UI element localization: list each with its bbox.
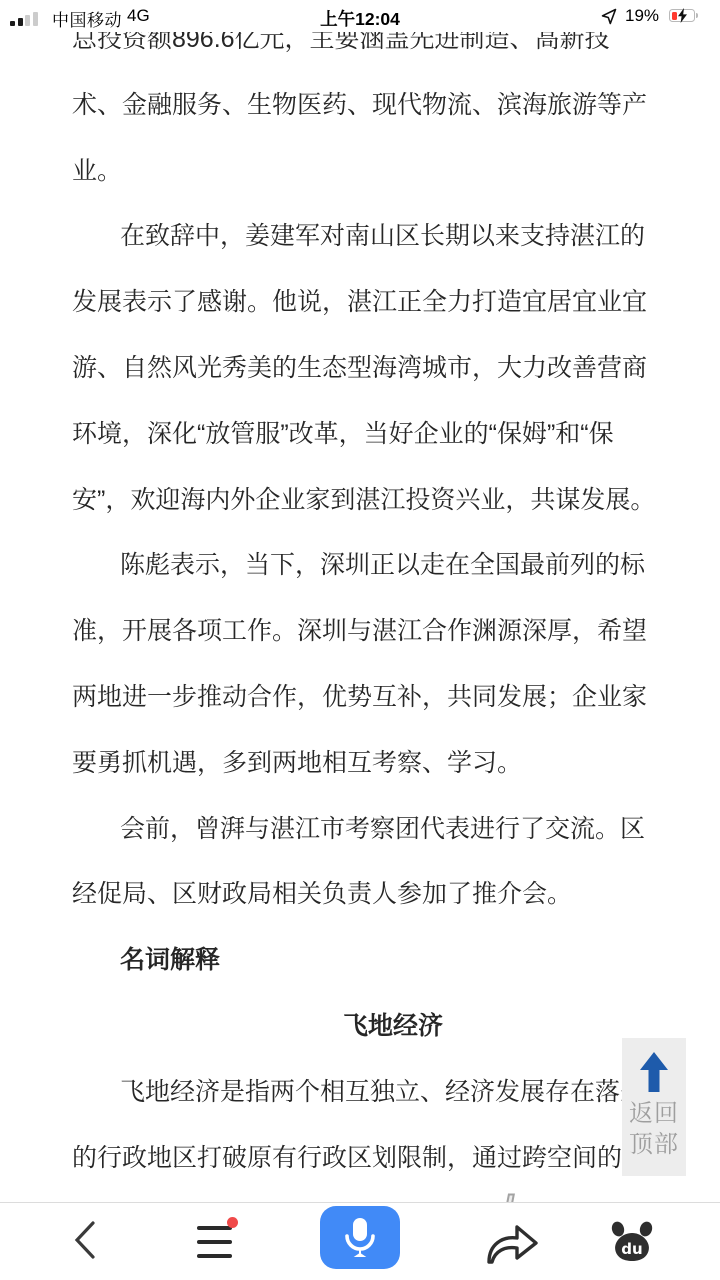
article-line: 发展表示了感谢。他说，湛江正全力打造宜居宜业宜 [72, 270, 652, 336]
article-line: 安”，欢迎海内外企业家到湛江投资兴业，共谋发展。 [72, 468, 652, 534]
article-line: 的行政地区打破原有行政区划限制，通过跨空间的行 [72, 1126, 652, 1192]
article-line: 环境，深化“放管服”改革，当好企业的“保姆”和“保 [72, 402, 652, 468]
status-bar: 中国移动 4G 上午12:04 19% [0, 0, 720, 32]
battery-charging-icon [669, 9, 700, 22]
article-line: 游、自然风光秀美的生态型海湾城市，大力改善营商 [72, 336, 652, 402]
article-body: 总投资额896.6亿元，主要涵盖先进制造、高新技 术、金融服务、生物医药、现代物… [72, 7, 652, 1191]
back-to-top-button[interactable]: 返回 顶部 [622, 1038, 686, 1176]
article-subheading: 飞地经济 [72, 994, 652, 1060]
article-line: 会前，曾湃与湛江市考察团代表进行了交流。区 [72, 797, 652, 863]
article-line: 术、金融服务、生物医药、现代物流、滨海旅游等产 [72, 73, 652, 139]
share-button[interactable] [476, 1215, 546, 1271]
location-arrow-icon [601, 8, 617, 30]
article-line: 业。 [72, 139, 652, 205]
lightning-bolt-icon [677, 8, 688, 28]
baidu-paw-icon: du [607, 1255, 657, 1270]
back-button[interactable] [62, 1215, 106, 1267]
bottom-toolbar: du [0, 1202, 720, 1280]
article-line: 飞地经济是指两个相互独立、经济发展存在落差 [72, 1060, 652, 1126]
article-line: 要勇抓机遇，多到两地相互考察、学习。 [72, 731, 652, 797]
up-arrow-icon [622, 1050, 686, 1098]
chevron-left-icon [70, 1249, 98, 1264]
article-line: 两地进一步推动合作，优势互补，共同发展；企业家 [72, 665, 652, 731]
baidu-du-label: du [621, 1240, 642, 1258]
back-to-top-label-1: 返回 [622, 1098, 686, 1129]
menu-icon [197, 1226, 232, 1268]
voice-search-button[interactable] [320, 1206, 400, 1269]
menu-button[interactable] [188, 1209, 246, 1271]
article-line: 在致辞中，姜建军对南山区长期以来支持湛江的 [72, 204, 652, 270]
share-arrow-icon [479, 1256, 543, 1271]
article-line: 准，开展各项工作。深圳与湛江合作渊源深厚，希望 [72, 599, 652, 665]
battery-percent-label: 19% [625, 6, 659, 26]
article-line: 经促局、区财政局相关负责人参加了推介会。 [72, 862, 652, 928]
article-section-heading: 名词解释 [72, 928, 652, 994]
back-to-top-label-2: 顶部 [622, 1129, 686, 1160]
notification-badge [227, 1217, 238, 1228]
article-line: 陈彪表示，当下，深圳正以走在全国最前列的标 [72, 533, 652, 599]
baidu-app-button[interactable]: du [606, 1217, 658, 1269]
microphone-icon [338, 1212, 382, 1263]
